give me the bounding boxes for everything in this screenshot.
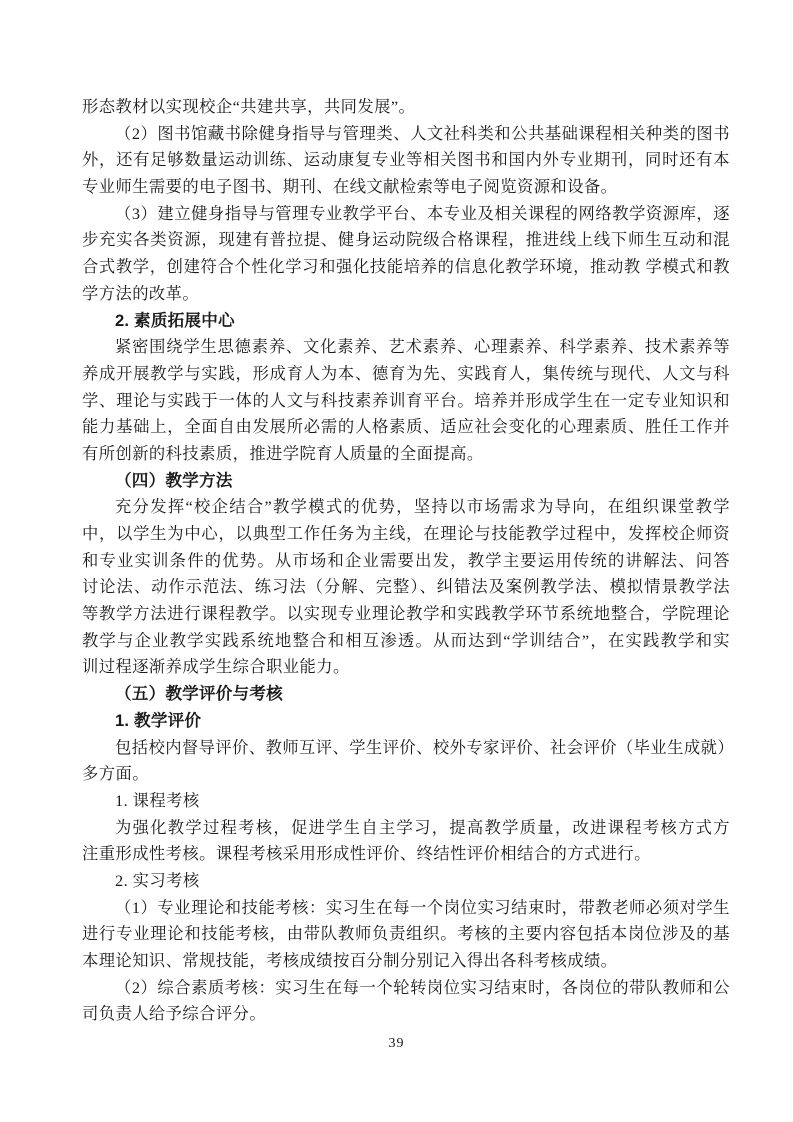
text-line: 学、理论与实践于一体的人文与科技素养训育平台。培养并形成学生在一定专业知识和 (82, 388, 730, 415)
text-line: （2）综合素质考核：实习生在每一个轮转岗位实习结束时，各岗位的带队教师和公 (82, 975, 730, 1002)
text-line: 本理论知识、常规技能，考核成绩按百分制分别记入得出各科考核成绩。 (82, 948, 730, 975)
text-line: 为强化教学过程考核，促进学生自主学习，提高教学质量，改进课程考核方式方法， (82, 815, 730, 842)
paragraph: 充分发挥“校企结合”教学模式的优势，坚持以市场需求为导向，在组织课堂教学中，以学… (82, 494, 730, 681)
text-line: 步充实各类资源，现建有普拉提、健身运动院级合格课程，推进线上线下师生互动和混 (82, 227, 730, 254)
text-line: 有所创新的科技素质，推进学院育人质量的全面提高。 (82, 441, 730, 468)
section-heading: （四）教学方法 (82, 468, 730, 495)
paragraph: （2）图书馆藏书除健身指导与管理类、人文社科类和公共基础课程相关种类的图书外，还… (82, 121, 730, 201)
heading-line: 2. 素质拓展中心 (82, 308, 730, 335)
paragraph: （2）综合素质考核：实习生在每一个轮转岗位实习结束时，各岗位的带队教师和公司负责… (82, 975, 730, 1028)
page-content: 形态教材以实现校企“共建共享，共同发展”。（2）图书馆藏书除健身指导与管理类、人… (82, 94, 730, 1028)
section-heading: 1. 教学评价 (82, 708, 730, 735)
paragraph: 2. 实习考核 (82, 868, 730, 895)
text-line: 合式教学，创建符合个性化学习和强化技能培养的信息化教学环境，推动教 学模式和教 (82, 254, 730, 281)
text-line: 中，以学生为中心，以典型工作任务为主线，在理论与技能教学过程中，发挥校企师资 (82, 521, 730, 548)
text-line: 讨论法、动作示范法、练习法（分解、完整）、纠错法及案例教学法、模拟情景教学法 (82, 574, 730, 601)
heading-line: 1. 教学评价 (82, 708, 730, 735)
paragraph: 1. 课程考核 (82, 788, 730, 815)
text-line: 包括校内督导评价、教师互评、学生评价、校外专家评价、社会评价（毕业生成就） (82, 735, 730, 762)
page-number: 39 (0, 1036, 793, 1052)
paragraph: 包括校内督导评价、教师互评、学生评价、校外专家评价、社会评价（毕业生成就）多方面… (82, 735, 730, 788)
document-page: 形态教材以实现校企“共建共享，共同发展”。（2）图书馆藏书除健身指导与管理类、人… (0, 0, 793, 1122)
text-line: 1. 课程考核 (82, 788, 730, 815)
heading-line: （四）教学方法 (82, 468, 730, 495)
text-line: 外，还有足够数量运动训练、运动康复专业等相关图书和国内外专业期刊，同时还有本 (82, 147, 730, 174)
text-line: （1）专业理论和技能考核：实习生在每一个岗位实习结束时，带教老师必须对学生 (82, 895, 730, 922)
paragraph: 紧密围绕学生思德素养、文化素养、艺术素养、心理素养、科学素养、技术素养等养成开展… (82, 334, 730, 467)
text-line: （3）建立健身指导与管理专业教学平台、本专业及相关课程的网络教学资源库，逐 (82, 201, 730, 228)
text-line: 能力基础上，全面自由发展所必需的人格素质、适应社会变化的心理素质、胜任工作并 (82, 414, 730, 441)
text-line: 养成开展教学与实践，形成育人为本、德育为先、实践育人，集传统与现代、人文与科 (82, 361, 730, 388)
paragraph: 形态教材以实现校企“共建共享，共同发展”。 (82, 94, 730, 121)
text-line: 紧密围绕学生思德素养、文化素养、艺术素养、心理素养、科学素养、技术素养等 (82, 334, 730, 361)
section-heading: 2. 素质拓展中心 (82, 308, 730, 335)
text-line: 司负责人给予综合评分。 (82, 1001, 730, 1028)
text-line: 2. 实习考核 (82, 868, 730, 895)
text-line: 训过程逐渐养成学生综合职业能力。 (82, 654, 730, 681)
heading-line: （五）教学评价与考核 (82, 681, 730, 708)
paragraph: （3）建立健身指导与管理专业教学平台、本专业及相关课程的网络教学资源库，逐步充实… (82, 201, 730, 308)
section-heading: （五）教学评价与考核 (82, 681, 730, 708)
text-line: 多方面。 (82, 761, 730, 788)
text-line: （2）图书馆藏书除健身指导与管理类、人文社科类和公共基础课程相关种类的图书 (82, 121, 730, 148)
text-line: 注重形成性考核。课程考核采用形成性评价、终结性评价相结合的方式进行。 (82, 841, 730, 868)
text-line: 和专业实训条件的优势。从市场和企业需要出发，教学主要运用传统的讲解法、问答法、 (82, 548, 730, 575)
text-line: 教学与企业教学实践系统地整合和相互渗透。从而达到“学训结合”，在实践教学和实 (82, 628, 730, 655)
paragraph: 为强化教学过程考核，促进学生自主学习，提高教学质量，改进课程考核方式方法，注重形… (82, 815, 730, 868)
text-line: 学方法的改革。 (82, 281, 730, 308)
text-line: 等教学方法进行课程教学。以实现专业理论教学和实践教学环节系统地整合，学院理论 (82, 601, 730, 628)
paragraph: （1）专业理论和技能考核：实习生在每一个岗位实习结束时，带教老师必须对学生进行专… (82, 895, 730, 975)
text-line: 形态教材以实现校企“共建共享，共同发展”。 (82, 94, 730, 121)
text-line: 充分发挥“校企结合”教学模式的优势，坚持以市场需求为导向，在组织课堂教学 (82, 494, 730, 521)
text-line: 专业师生需要的电子图书、期刊、在线文献检索等电子阅览资源和设备。 (82, 174, 730, 201)
text-line: 进行专业理论和技能考核，由带队教师负责组织。考核的主要内容包括本岗位涉及的基 (82, 921, 730, 948)
